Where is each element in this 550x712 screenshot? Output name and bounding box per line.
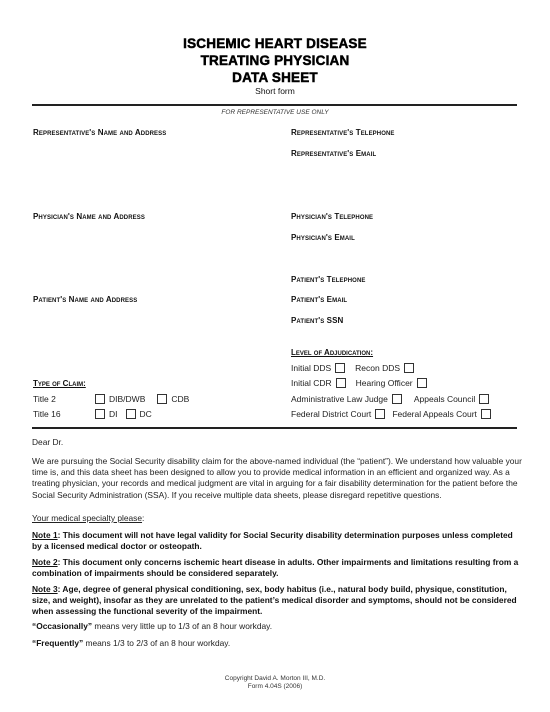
checkbox-federal-appeals-court[interactable] <box>481 409 491 419</box>
checkbox-cdb[interactable] <box>157 394 167 404</box>
claim-heading: Type of Claim: <box>33 379 86 388</box>
rep-phone-label: Representative's Telephone <box>291 128 395 137</box>
checkbox-alj[interactable] <box>392 394 402 404</box>
colon: : <box>142 513 144 523</box>
checkbox-dc[interactable] <box>126 409 136 419</box>
claim-row-label: Title 16 <box>33 409 91 419</box>
note-2: Note 2: This document only concerns isch… <box>32 557 522 579</box>
pat-email-label: Patient's Email <box>291 295 347 304</box>
claim-row-title16: Title 16 DI DC <box>33 409 152 419</box>
subtitle: Short form <box>0 86 550 96</box>
option-label: DC <box>140 409 152 419</box>
title-line-1: ISCHEMIC HEART DISEASE <box>0 36 550 51</box>
option-label: Initial DDS <box>291 363 331 373</box>
option-label: Federal Appeals Court <box>392 409 477 419</box>
specialty-label: Your medical specialty please <box>32 513 142 523</box>
note-3: Note 3: Age, degree of general physical … <box>32 584 522 618</box>
note-1: Note 1: This document will not have lega… <box>32 530 522 552</box>
rep-only-note: FOR REPRESENTATIVE USE ONLY <box>0 109 550 116</box>
option-label: Hearing Officer <box>356 378 413 388</box>
definition-text: means 1/3 to 2/3 of an 8 hour workday. <box>83 638 230 648</box>
definition-term: “Frequently” <box>32 638 83 648</box>
option-label: DI <box>109 409 118 419</box>
claim-row-label: Title 2 <box>33 394 91 404</box>
checkbox-dib-dwb[interactable] <box>95 394 105 404</box>
checkbox-initial-cdr[interactable] <box>336 378 346 388</box>
pat-ssn-label: Patient's SSN <box>291 316 343 325</box>
rep-email-label: Representative's Email <box>291 149 376 158</box>
note-label: Note 2 <box>32 557 58 567</box>
title-line-2: TREATING PHYSICIAN <box>0 53 550 68</box>
form-number: Form 4.04S (2006) <box>0 683 550 692</box>
checkbox-federal-district-court[interactable] <box>375 409 385 419</box>
checkbox-initial-dds[interactable] <box>335 363 345 373</box>
option-label: Federal District Court <box>291 409 371 419</box>
note-text: : This document only concerns ischemic h… <box>32 557 518 578</box>
option-label: Administrative Law Judge <box>291 394 388 404</box>
checkbox-appeals-council[interactable] <box>479 394 489 404</box>
specialty-prompt: Your medical specialty please: <box>32 513 522 524</box>
phys-phone-label: Physician's Telephone <box>291 212 373 221</box>
checkbox-recon-dds[interactable] <box>404 363 414 373</box>
option-label: Initial CDR <box>291 378 332 388</box>
title-line-3: DATA SHEET <box>0 70 550 85</box>
note-text: : Age, degree of general physical condit… <box>32 584 517 616</box>
section-divider <box>32 427 517 429</box>
definition-text: means very little up to 1/3 of an 8 hour… <box>92 621 272 631</box>
option-label: Appeals Council <box>414 394 475 404</box>
note-text: : This document will not have legal vali… <box>32 530 513 551</box>
option-label: DIB/DWB <box>109 394 145 404</box>
intro-paragraph: We are pursuing the Social Security disa… <box>32 456 522 501</box>
adjudication-row: Administrative Law Judge Appeals Council <box>291 394 493 404</box>
option-label: CDB <box>171 394 189 404</box>
claim-row-title2: Title 2 DIB/DWB CDB <box>33 394 189 404</box>
note-label: Note 1 <box>32 530 58 540</box>
phys-email-label: Physician's Email <box>291 233 355 242</box>
adjudication-row: Initial CDR Hearing Officer <box>291 378 431 388</box>
checkbox-hearing-officer[interactable] <box>417 378 427 388</box>
note-label: Note 3 <box>32 584 58 594</box>
rep-name-label: Representative's Name and Address <box>33 128 166 137</box>
definition-term: “Occasionally” <box>32 621 92 631</box>
greeting: Dear Dr. <box>32 437 522 448</box>
adjudication-row: Initial DDS Recon DDS <box>291 363 418 373</box>
definition-frequently: “Frequently” means 1/3 to 2/3 of an 8 ho… <box>32 638 522 649</box>
option-label: Recon DDS <box>355 363 400 373</box>
definition-occasionally: “Occasionally” means very little up to 1… <box>32 621 522 632</box>
pat-name-label: Patient's Name and Address <box>33 295 137 304</box>
top-divider <box>32 104 517 106</box>
phys-name-label: Physician's Name and Address <box>33 212 145 221</box>
pat-phone-label: Patient's Telephone <box>291 275 365 284</box>
adjudication-heading: Level of Adjudication: <box>291 348 373 357</box>
checkbox-di[interactable] <box>95 409 105 419</box>
adjudication-row: Federal District Court Federal Appeals C… <box>291 409 495 419</box>
